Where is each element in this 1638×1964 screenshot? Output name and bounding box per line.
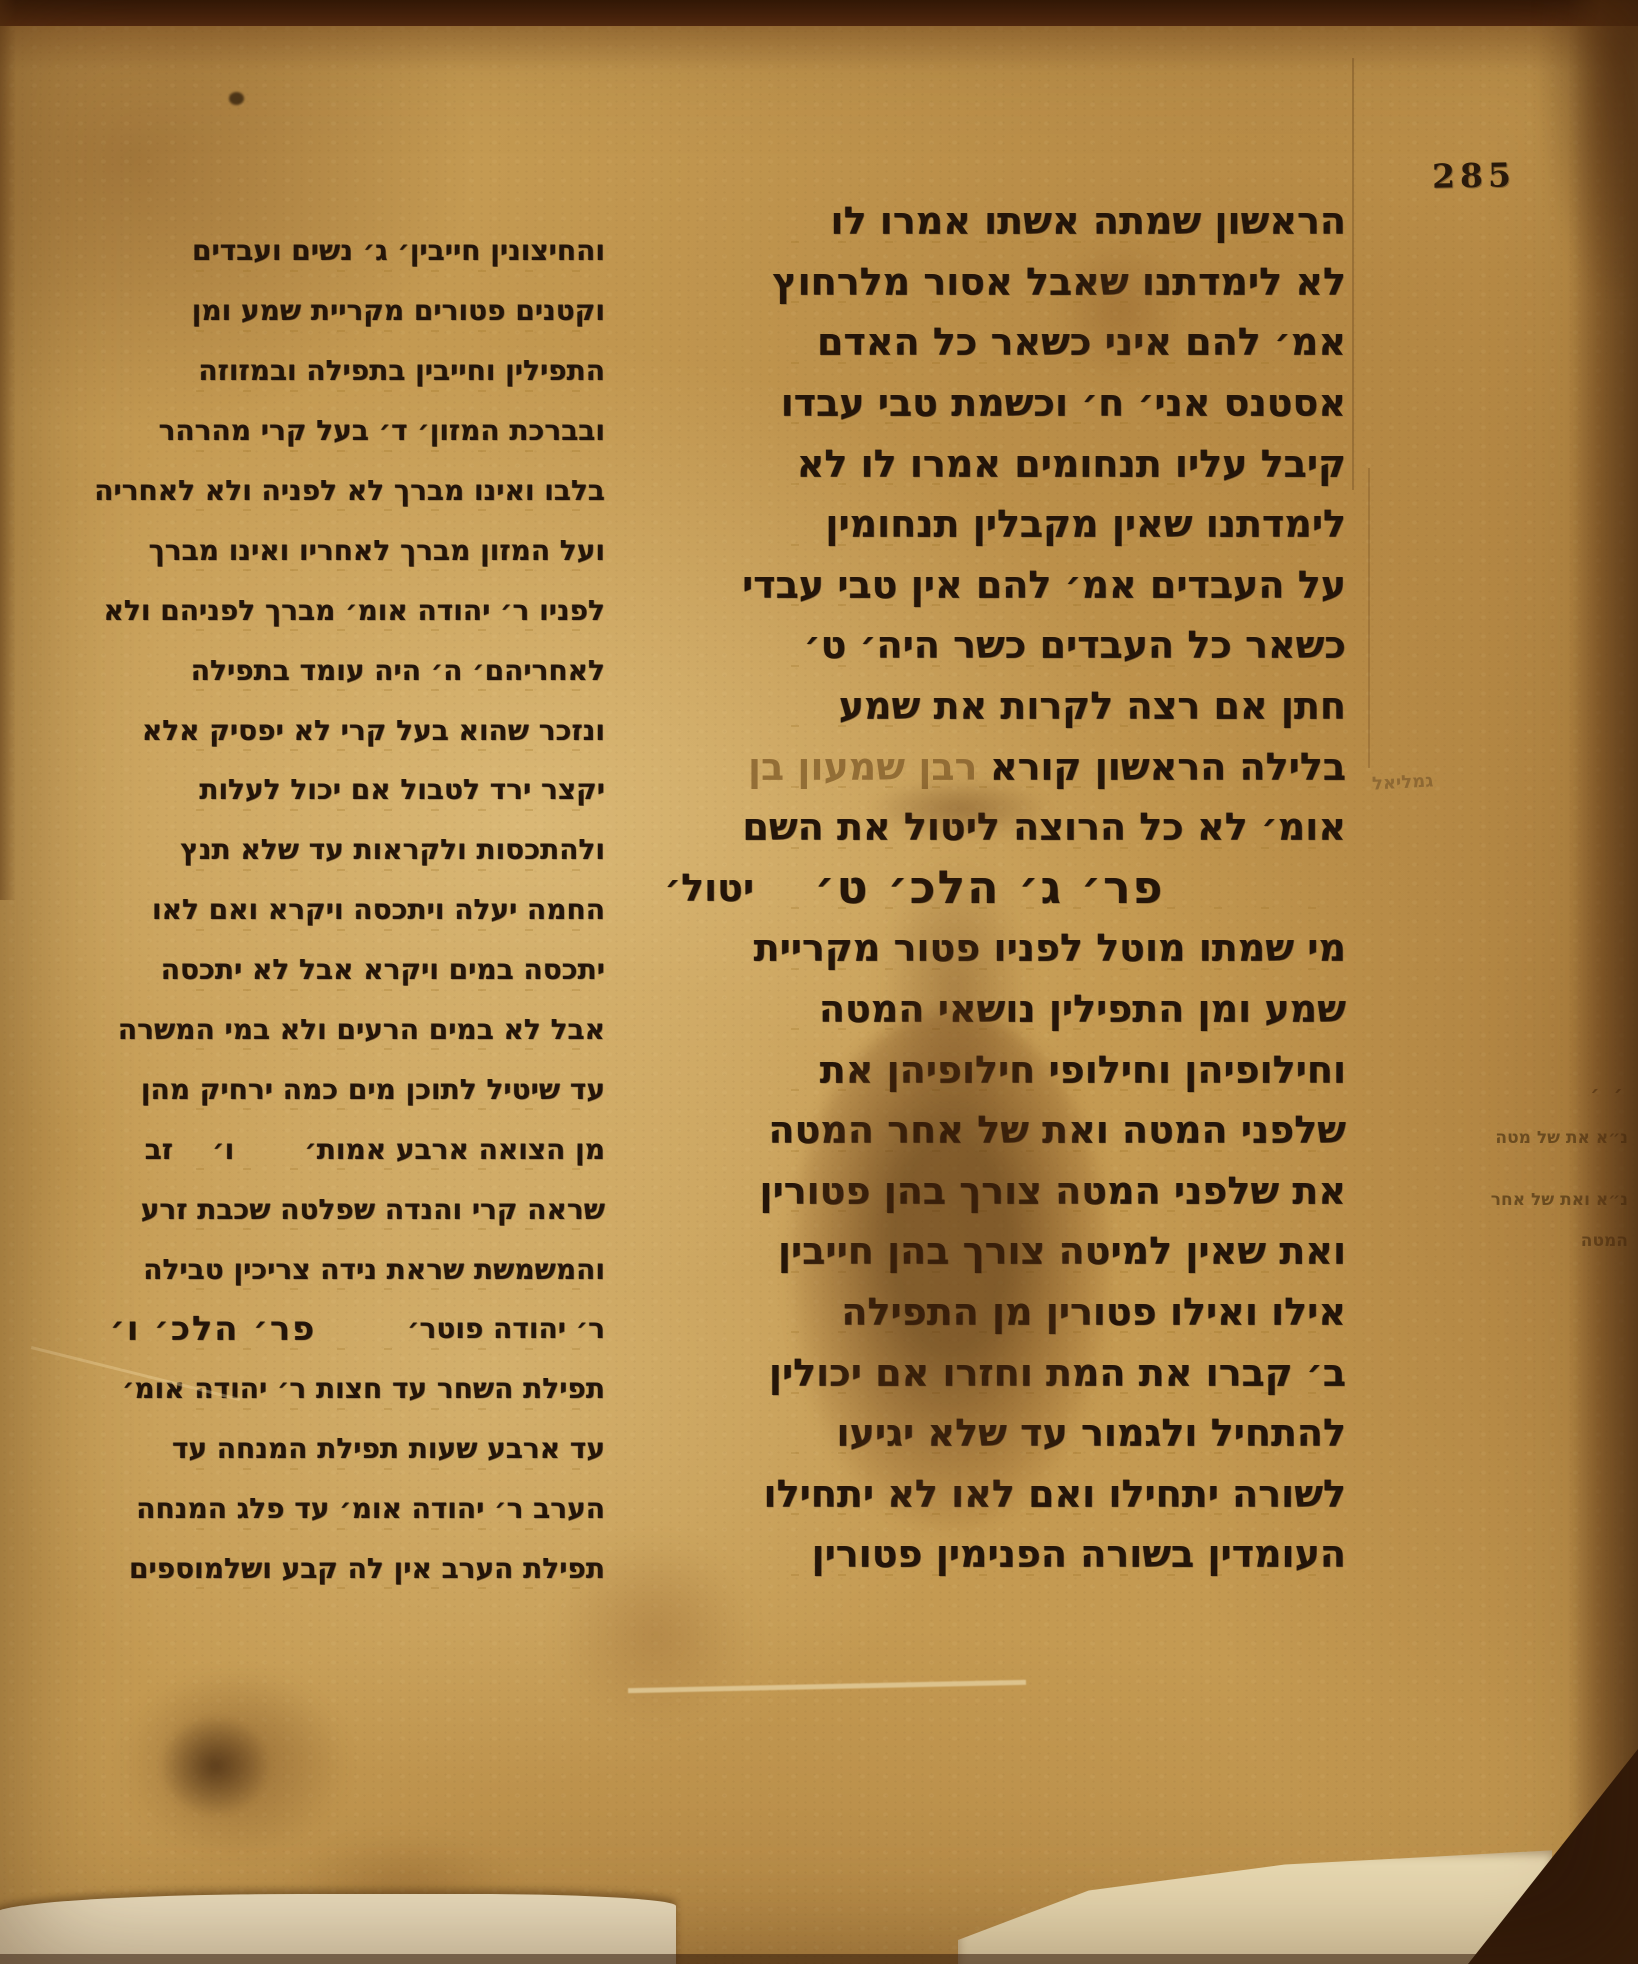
text-line: החמה יעלה ויתכסה ויקרא ואם לאו (88, 880, 605, 940)
text-line: וחילופיהן וחילופי חילופיהן את (642, 1039, 1346, 1100)
text-segment: שראה קרי והנדה שפלטה שכבת זרע (141, 1193, 605, 1226)
text-line: יקצר ירד לטבול אם יכול לעלות (88, 760, 605, 820)
text-line: לפניו ר׳ יהודה אומ׳ מברך לפניהם ולא (88, 580, 605, 640)
text-segment: אבל לא במים הרעים ולא במי המשרה (118, 1013, 605, 1046)
text-segment: לא לימדתנו שאבל אסור מלרחוץ (772, 260, 1346, 304)
text-segment: תפילת השחר עד חצות ר׳ יהודה אומ׳ (122, 1372, 605, 1405)
text-segment: הערב ר׳ יהודה אומ׳ עד פלג המנחה (136, 1492, 605, 1525)
text-segment: בלבו ואינו מברך לא לפניה ולא לאחריה (94, 474, 605, 507)
manuscript-photo: { "page": { "folio_number": "285", "colu… (0, 0, 1638, 1964)
line-gap (243, 1148, 295, 1150)
text-line: וקטנים פטורים מקריית שמע ומן (88, 281, 605, 341)
text-segment: זב (145, 1133, 173, 1166)
margin-note-variant-1: נ״א את של מטה (1466, 1128, 1628, 1148)
margin-note-gamliel: גמליאל (1371, 770, 1433, 794)
margin-note-variant-2-line1: נ״א ואת של אחר (1460, 1190, 1628, 1210)
line-gap (1177, 887, 1346, 889)
left-text-column: והחיצונין חייבין׳ ג׳ נשים ועבדיםוקטנים פ… (88, 221, 605, 1598)
text-line: מן הצואה ארבע אמות׳ו׳זב (88, 1119, 605, 1179)
text-line: מי שמתו מוטל לפניו פטור מקריית (642, 918, 1346, 979)
text-segment: יטול׳ (664, 866, 754, 910)
text-segment: ובברכת המזון׳ ד׳ בעל קרי מהרהר (159, 414, 605, 447)
page-edge-right (1568, 0, 1638, 1964)
text-segment: לימדתנו שאין מקבלין תנחומין (825, 502, 1346, 546)
vertical-crease (1368, 468, 1370, 768)
text-line: תפילת הערב אין לה קבע ושלמוספים (88, 1539, 605, 1599)
text-line: העומדין בשורה הפנימין פטורין (642, 1524, 1346, 1585)
page-edge-bottom (0, 1954, 1638, 1964)
folio-number: 285 (1432, 155, 1517, 195)
text-line: ולהתכסות ולקראות עד שלא תנץ (88, 820, 605, 880)
line-gap (325, 1328, 397, 1330)
text-segment: ואת שאין למיטה צורך בהן חייבין (778, 1229, 1346, 1273)
text-line: פר׳ ג׳ הלכ׳ ט׳יטול׳ (642, 858, 1346, 919)
text-line: ובברכת המזון׳ ד׳ בעל קרי מהרהר (88, 401, 605, 461)
text-segment: התפילין וחייבין בתפילה ובמזוזה (198, 354, 605, 387)
text-segment: חתן אם רצה לקרות את שמע (839, 684, 1346, 728)
text-segment: כשאר כל העבדים כשר היה׳ ט׳ (804, 623, 1346, 667)
text-segment: וחילופיהן וחילופי חילופיהן את (820, 1048, 1346, 1092)
text-line: לאחריהם׳ ה׳ היה עומד בתפילה (88, 640, 605, 700)
text-segment: אסטנס אני׳ ח׳ וכשמת טבי עבדו (781, 381, 1346, 425)
stain (160, 1716, 270, 1816)
text-segment: אילו ואילו פטורין מן התפילה (841, 1290, 1346, 1334)
text-line: שמע ומן התפילין נושאי המטה (642, 979, 1346, 1040)
text-line: קיבל עליו תנחומים אמרו לו לא (642, 433, 1346, 494)
text-segment: העומדין בשורה הפנימין פטורין (812, 1532, 1346, 1576)
text-segment: להתחיל ולגמור עד שלא יגיעו (836, 1411, 1346, 1455)
text-segment: לשורה יתחילו ואם לאו לא יתחילו (764, 1472, 1346, 1516)
text-line: הראשון שמתה אשתו אמרו לו (642, 191, 1346, 252)
text-line: ואת שאין למיטה צורך בהן חייבין (642, 1221, 1346, 1282)
margin-note-marks: ׳ ׳ (1590, 1082, 1626, 1107)
text-line: לשורה יתחילו ואם לאו לא יתחילו (642, 1463, 1346, 1524)
chapter-heading: פר׳ ג׳ הלכ׳ ט׳ (814, 861, 1164, 914)
text-line: בלילה הראשון קורארבן שמעון בן (642, 736, 1346, 797)
under-page-right (958, 1848, 1552, 1964)
text-line: הערב ר׳ יהודה אומ׳ עד פלג המנחה (88, 1479, 605, 1539)
text-segment: אמ׳ להם איני כשאר כל האדם (817, 320, 1346, 364)
text-segment: ולהתכסות ולקראות עד שלא תנץ (180, 833, 605, 866)
text-segment: וקטנים פטורים מקריית שמע ומן (192, 294, 605, 327)
stain (120, 1668, 350, 1858)
text-line: כשאר כל העבדים כשר היה׳ ט׳ (642, 615, 1346, 676)
text-line: והחיצונין חייבין׳ ג׳ נשים ועבדים (88, 221, 605, 281)
text-segment: ו׳ (212, 1133, 234, 1166)
spot (229, 92, 244, 105)
text-segment: עד שיטיל לתוכן מים כמה ירחיק מהן (141, 1073, 605, 1106)
text-segment: לפניו ר׳ יהודה אומ׳ מברך לפניהם ולא (104, 594, 605, 627)
chapter-heading: פר׳ הלכ׳ ו׳ (110, 1309, 316, 1348)
text-line: אילו ואילו פטורין מן התפילה (642, 1282, 1346, 1343)
text-line: אבל לא במים הרעים ולא במי המשרה (88, 1000, 605, 1060)
text-segment: והחיצונין חייבין׳ ג׳ נשים ועבדים (192, 234, 605, 267)
text-line: התפילין וחייבין בתפילה ובמזוזה (88, 341, 605, 401)
tear-line (628, 1680, 1026, 1693)
text-segment: ונזכר שהוא בעל קרי לא יפסיק אלא (142, 714, 605, 747)
margin-note-variant-2-line2: המטה (1520, 1231, 1628, 1251)
text-segment: והמשמשת שראת נידה צריכין טבילה (143, 1253, 605, 1286)
text-segment: שמע ומן התפילין נושאי המטה (819, 987, 1346, 1031)
text-line: עד שיטיל לתוכן מים כמה ירחיק מהן (88, 1059, 605, 1119)
text-segment: תפילת הערב אין לה קבע ושלמוספים (129, 1552, 605, 1585)
text-line: על העבדים אמ׳ להם אין טבי עבדי (642, 555, 1346, 616)
text-segment: עד ארבע שעות תפילת המנחה עד (172, 1432, 605, 1465)
right-text-column: הראשון שמתה אשתו אמרו לולא לימדתנו שאבל … (642, 191, 1346, 1585)
text-line: ועל המזון מברך לאחריו ואינו מברך (88, 520, 605, 580)
text-line: אמ׳ להם איני כשאר כל האדם (642, 312, 1346, 373)
text-line: ר׳ יהודה פוטר׳פר׳ הלכ׳ ו׳ (88, 1299, 605, 1359)
text-line: והמשמשת שראת נידה צריכין טבילה (88, 1239, 605, 1299)
edge-shadow-top (0, 26, 1638, 72)
text-line: לא לימדתנו שאבל אסור מלרחוץ (642, 252, 1346, 313)
text-line: תפילת השחר עד חצות ר׳ יהודה אומ׳ (88, 1359, 605, 1419)
text-segment: מן הצואה ארבע אמות׳ (304, 1133, 605, 1166)
text-line: חתן אם רצה לקרות את שמע (642, 676, 1346, 737)
text-segment: על העבדים אמ׳ להם אין טבי עבדי (742, 563, 1346, 607)
stain (290, 1835, 520, 1930)
faded-text-segment: רבן שמעון בן (748, 745, 977, 789)
text-line: להתחיל ולגמור עד שלא יגיעו (642, 1403, 1346, 1464)
text-line: בלבו ואינו מברך לא לפניה ולא לאחריה (88, 461, 605, 521)
text-line: ב׳ קברו את המת וחזרו אם יכולין (642, 1342, 1346, 1403)
binding-edge-top (0, 0, 1638, 26)
text-segment: שלפני המטה ואת של אחר המטה (768, 1108, 1346, 1152)
text-segment: אומ׳ לא כל הרוצה ליטול את השם (742, 805, 1346, 849)
text-line: יתכסה במים ויקרא אבל לא יתכסה (88, 940, 605, 1000)
text-line: אסטנס אני׳ ח׳ וכשמת טבי עבדו (642, 373, 1346, 434)
text-line: שראה קרי והנדה שפלטה שכבת זרע (88, 1179, 605, 1239)
text-segment: ב׳ קברו את המת וחזרו אם יכולין (769, 1351, 1346, 1395)
text-line: ונזכר שהוא בעל קרי לא יפסיק אלא (88, 700, 605, 760)
line-gap (182, 1148, 203, 1150)
text-line: שלפני המטה ואת של אחר המטה (642, 1100, 1346, 1161)
text-line: אומ׳ לא כל הרוצה ליטול את השם (642, 797, 1346, 858)
text-segment: את שלפני המטה צורך בהן פטורין (760, 1169, 1346, 1213)
text-line: לימדתנו שאין מקבלין תנחומין (642, 494, 1346, 555)
vertical-crease (1352, 58, 1354, 490)
text-line: את שלפני המטה צורך בהן פטורין (642, 1161, 1346, 1222)
text-segment: הראשון שמתה אשתו אמרו לו (831, 199, 1346, 243)
text-segment: ר׳ יהודה פוטר׳ (407, 1312, 605, 1345)
text-segment: יקצר ירד לטבול אם יכול לעלות (199, 773, 605, 806)
under-page-left (0, 1894, 676, 1964)
text-segment: לאחריהם׳ ה׳ היה עומד בתפילה (191, 654, 605, 687)
page-edge-left (0, 0, 16, 900)
text-segment: ועל המזון מברך לאחריו ואינו מברך (149, 534, 605, 567)
text-line: עד ארבע שעות תפילת המנחה עד (88, 1419, 605, 1479)
page-edge-corner (1540, 0, 1638, 290)
text-segment: יתכסה במים ויקרא אבל לא יתכסה (161, 953, 605, 986)
line-gap (767, 887, 802, 889)
text-segment: בלילה הראשון קורא (990, 745, 1346, 789)
text-segment: החמה יעלה ויתכסה ויקרא ואם לאו (152, 893, 605, 926)
background-corner (1468, 1749, 1638, 1964)
text-segment: מי שמתו מוטל לפניו פטור מקריית (754, 926, 1346, 970)
text-segment: קיבל עליו תנחומים אמרו לו לא (797, 442, 1346, 486)
